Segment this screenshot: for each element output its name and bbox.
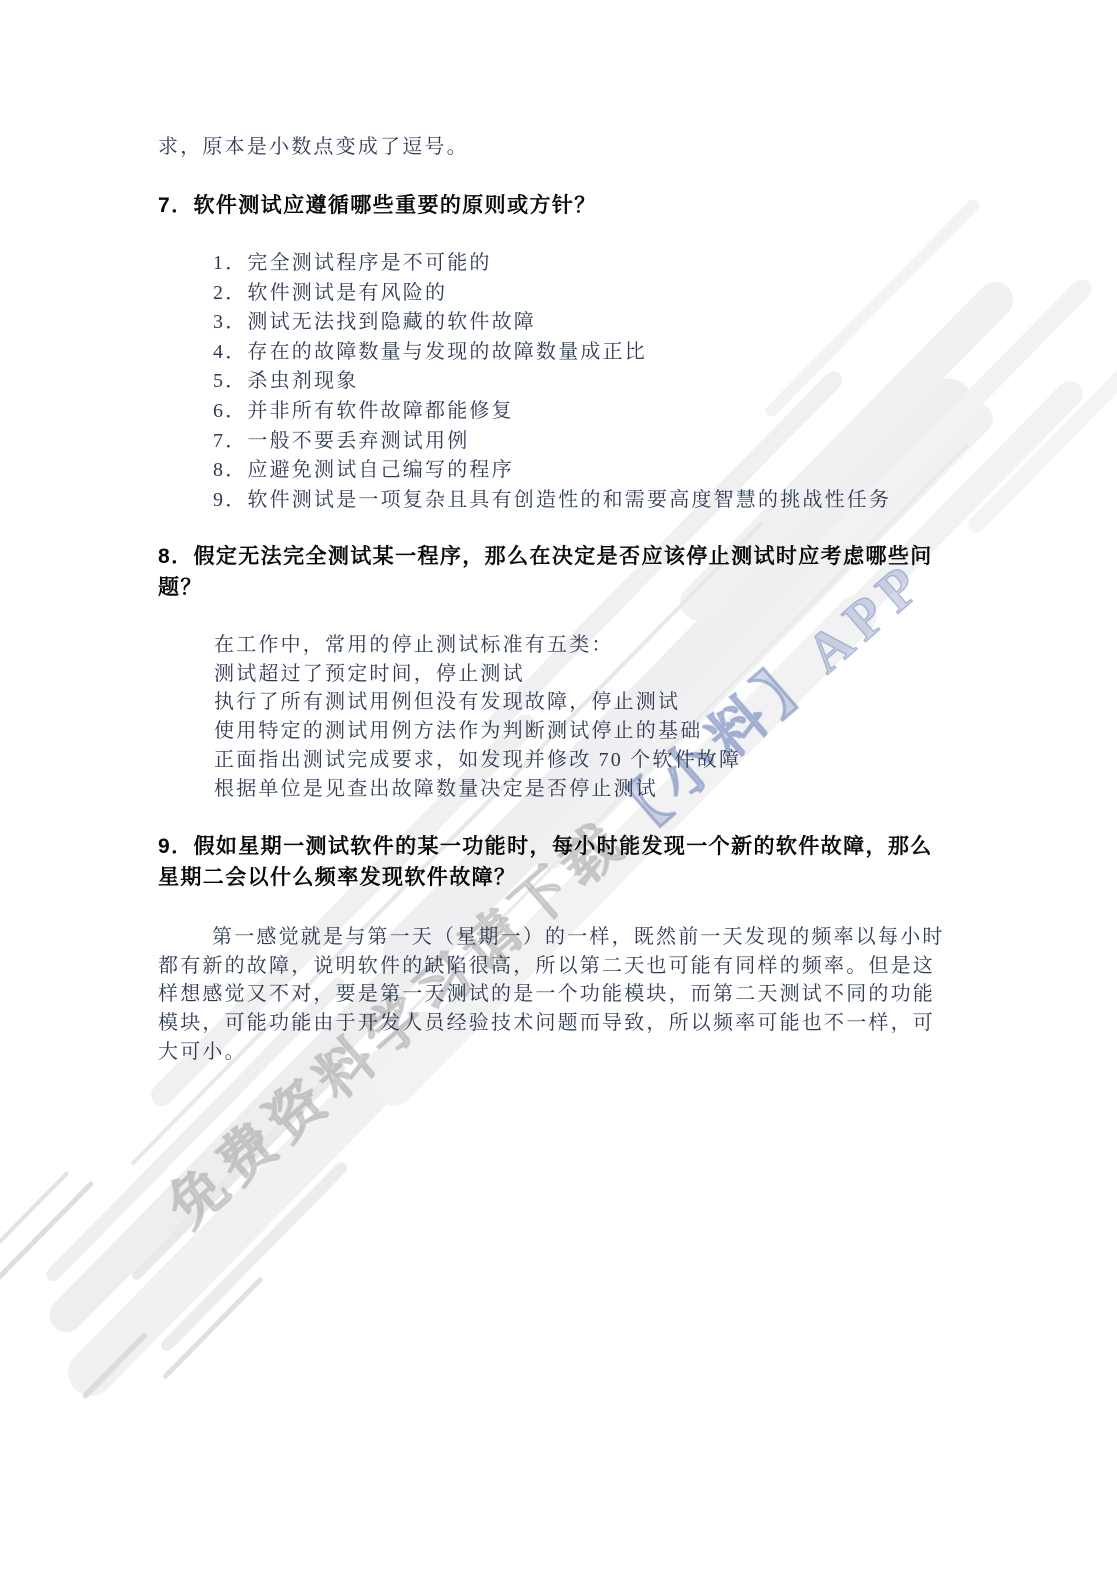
answer-line: 第一感觉就是与第一天（星期一）的一样，既然前一天发现的频率以每小时 (158, 923, 945, 952)
document-text-layer: 求，原本是小数点变成了逗号。 7．软件测试应遵循哪些重要的原则或方针？ 1．完全… (0, 0, 1117, 1579)
answer-line: 样想感觉又不对，要是第一天测试的是一个功能模块，而第二天测试不同的功能 (158, 980, 945, 1009)
list-item: 7．一般不要丢弃测试用例 (213, 427, 891, 457)
list-item: 9．软件测试是一项复杂且具有创造性的和需要高度智慧的挑战性任务 (213, 486, 891, 516)
question-8-answer: 在工作中，常用的停止测试标准有五类： 测试超过了预定时间，停止测试 执行了所有测… (214, 631, 741, 803)
list-item: 1．完全测试程序是不可能的 (213, 249, 891, 279)
list-item: 4．存在的故障数量与发现的故障数量成正比 (213, 338, 891, 368)
question-7-heading: 7．软件测试应遵循哪些重要的原则或方针？ (158, 190, 597, 221)
intro-line: 求，原本是小数点变成了逗号。 (158, 133, 469, 162)
answer-line: 正面指出测试完成要求，如发现并修改 70 个软件故障 (214, 746, 741, 775)
list-item: 6．并非所有软件故障都能修复 (213, 397, 891, 427)
heading-line: 8．假定无法完全测试某一程序，那么在决定是否应该停止测试时应考虑哪些问 (158, 541, 933, 572)
list-item: 5．杀虫剂现象 (213, 367, 891, 397)
question-9-heading: 9．假如星期一测试软件的某一功能时，每小时能发现一个新的软件故障，那么 星期二会… (158, 831, 933, 893)
answer-line: 在工作中，常用的停止测试标准有五类： (214, 631, 741, 660)
answer-line: 模块，可能功能由于开发人员经验技术问题而导致，所以频率可能也不一样，可 (158, 1009, 945, 1038)
answer-line: 执行了所有测试用例但没有发现故障，停止测试 (214, 688, 741, 717)
heading-line: 星期二会以什么频率发现软件故障？ (158, 862, 933, 893)
answer-line: 根据单位是见查出故障数量决定是否停止测试 (214, 775, 741, 804)
document-page: 免费资料学习请下载【小料】APP 求，原本是小数点变成了逗号。 7．软件测试应遵… (0, 0, 1117, 1579)
question-7-answer-list: 1．完全测试程序是不可能的 2．软件测试是有风险的 3．测试无法找到隐藏的软件故… (213, 249, 891, 515)
heading-line: 9．假如星期一测试软件的某一功能时，每小时能发现一个新的软件故障，那么 (158, 831, 933, 862)
list-item: 2．软件测试是有风险的 (213, 279, 891, 309)
list-item: 8．应避免测试自己编写的程序 (213, 456, 891, 486)
answer-line: 都有新的故障，说明软件的缺陷很高，所以第二天也可能有同样的频率。但是这 (158, 952, 945, 981)
heading-line: 题？ (158, 572, 933, 603)
answer-line: 使用特定的测试用例方法作为判断测试停止的基础 (214, 717, 741, 746)
question-9-answer: 第一感觉就是与第一天（星期一）的一样，既然前一天发现的频率以每小时 都有新的故障… (158, 923, 945, 1067)
question-8-heading: 8．假定无法完全测试某一程序，那么在决定是否应该停止测试时应考虑哪些问 题？ (158, 541, 933, 603)
answer-line: 测试超过了预定时间，停止测试 (214, 660, 741, 689)
answer-line: 大可小。 (158, 1038, 945, 1067)
list-item: 3．测试无法找到隐藏的软件故障 (213, 308, 891, 338)
